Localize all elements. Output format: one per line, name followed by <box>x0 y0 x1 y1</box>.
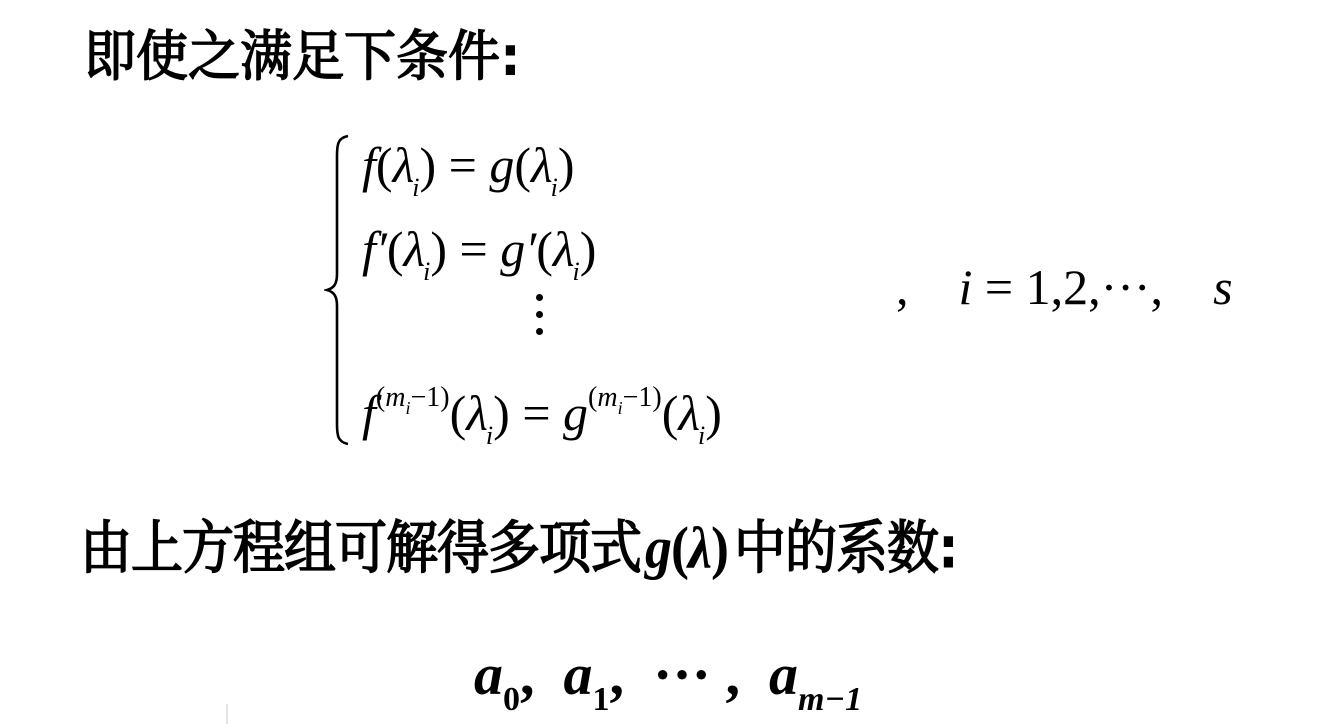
left-brace <box>324 134 354 446</box>
equation-row-1: f(λi) = g(λi) <box>362 140 575 190</box>
equation-row-2: f′(λi) = g′(λi) <box>362 224 596 274</box>
coefficient-list: a0, a1, ··· , am−1 <box>474 646 862 704</box>
faint-divider-line <box>226 704 228 724</box>
heading-conditions: 即使之满足下条件: <box>84 30 521 85</box>
inline-g-lambda: g(λ) <box>645 515 728 581</box>
index-condition: , i = 1,2,···, s <box>896 262 1233 312</box>
heading-coefficients: 由上方程组可解得多项式g(λ)中的系数: <box>80 518 958 577</box>
equation-row-n: f(mi−1)(λi) = g(mi−1)(λi) <box>362 388 722 438</box>
vertical-ellipsis-icon <box>533 294 545 344</box>
